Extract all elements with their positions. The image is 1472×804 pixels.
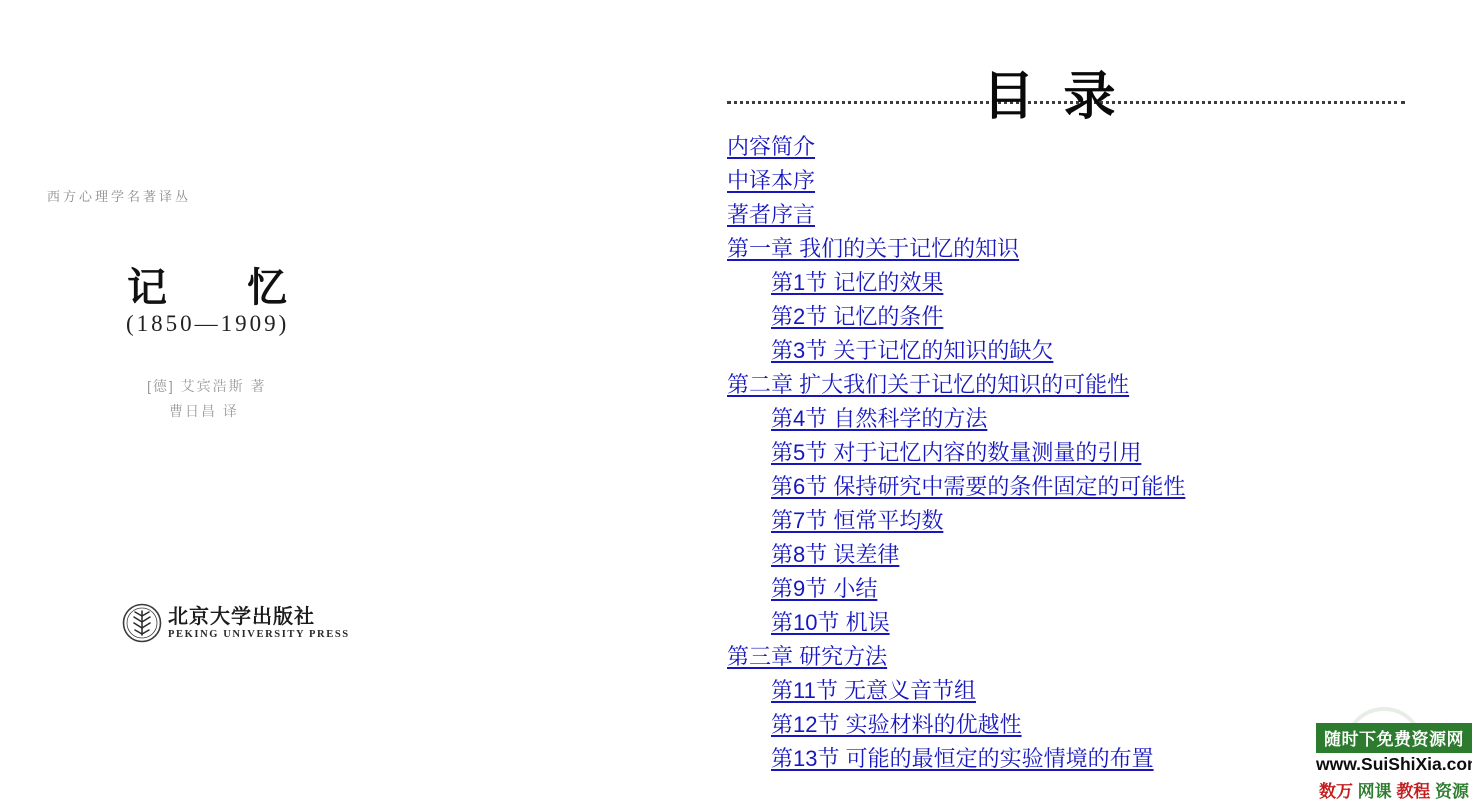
toc-entry: 第8节 误差律 bbox=[727, 536, 1185, 570]
watermark-tagline-word: 教程 bbox=[1396, 777, 1430, 802]
translator-line: 曹日昌 译 bbox=[169, 401, 239, 421]
toc-link[interactable]: 第一章 我们的关于记忆的知识 bbox=[727, 232, 1019, 263]
toc-link[interactable]: 第12节 实验材料的优越性 bbox=[771, 708, 1022, 739]
toc-entry: 第4节 自然科学的方法 bbox=[727, 400, 1185, 434]
publisher-name-en: PEKING UNIVERSITY PRESS bbox=[168, 629, 350, 640]
toc-entry: 第一章 我们的关于记忆的知识 bbox=[727, 230, 1185, 264]
toc-link[interactable]: 第3节 关于记忆的知识的缺欠 bbox=[771, 334, 1053, 365]
watermark-tagline: 数万网课教程资源 bbox=[1316, 776, 1472, 804]
toc-link[interactable]: 第三章 研究方法 bbox=[727, 640, 887, 671]
toc-link[interactable]: 第5节 对于记忆内容的数量测量的引用 bbox=[771, 436, 1141, 467]
toc-entry: 第1节 记忆的效果 bbox=[727, 264, 1185, 298]
publisher-block: 北京大学出版社 PEKING UNIVERSITY PRESS bbox=[122, 603, 350, 643]
watermark-banner: 随时下免费资源网 bbox=[1316, 723, 1472, 753]
toc-link[interactable]: 第二章 扩大我们关于记忆的知识的可能性 bbox=[727, 368, 1129, 399]
watermark-tagline-word: 数万 bbox=[1319, 777, 1353, 802]
toc-entry: 第5节 对于记忆内容的数量测量的引用 bbox=[727, 434, 1185, 468]
toc-list: 内容简介 中译本序 著者序言 第一章 我们的关于记忆的知识 第1节 记忆的效果 … bbox=[727, 128, 1185, 774]
toc-link[interactable]: 第4节 自然科学的方法 bbox=[771, 402, 987, 433]
toc-link[interactable]: 著者序言 bbox=[727, 198, 815, 229]
toc-link[interactable]: 第8节 误差律 bbox=[771, 538, 899, 569]
toc-link[interactable]: 第11节 无意义音节组 bbox=[771, 674, 976, 705]
book-title-char-1: 记 bbox=[127, 256, 167, 313]
toc-entry: 第13节 可能的最恒定的实验情境的布置 bbox=[727, 740, 1185, 774]
toc-link[interactable]: 内容简介 bbox=[727, 130, 815, 161]
toc-link[interactable]: 第13节 可能的最恒定的实验情境的布置 bbox=[771, 742, 1154, 773]
toc-entry: 中译本序 bbox=[727, 162, 1185, 196]
book-years: (1850—1909) bbox=[126, 311, 289, 337]
watermark-tagline-word: 资源 bbox=[1435, 777, 1469, 802]
book-title-char-2: 忆 bbox=[247, 256, 287, 313]
toc-entry: 第11节 无意义音节组 bbox=[727, 672, 1185, 706]
watermark-tagline-word: 网课 bbox=[1358, 777, 1392, 802]
toc-entry: 第6节 保持研究中需要的条件固定的可能性 bbox=[727, 468, 1185, 502]
toc-entry: 第二章 扩大我们关于记忆的知识的可能性 bbox=[727, 366, 1185, 400]
toc-entry: 第三章 研究方法 bbox=[727, 638, 1185, 672]
toc-entry: 第12节 实验材料的优越性 bbox=[727, 706, 1185, 740]
toc-link[interactable]: 第9节 小结 bbox=[771, 572, 877, 603]
toc-entry: 第9节 小结 bbox=[727, 570, 1185, 604]
toc-entry: 著者序言 bbox=[727, 196, 1185, 230]
toc-title: 目 录 bbox=[710, 54, 1388, 129]
toc-link[interactable]: 第10节 机误 bbox=[771, 606, 890, 637]
author-line: [德] 艾宾浩斯 著 bbox=[147, 376, 267, 396]
toc-link[interactable]: 第7节 恒常平均数 bbox=[771, 504, 943, 535]
watermark-url: www.SuiShiXia.com bbox=[1316, 753, 1472, 776]
toc-entry: 内容简介 bbox=[727, 128, 1185, 162]
watermark: 随时下免费资源网 www.SuiShiXia.com 数万网课教程资源 bbox=[1316, 723, 1472, 804]
publisher-name-cn: 北京大学出版社 bbox=[168, 606, 350, 627]
toc-link[interactable]: 中译本序 bbox=[727, 164, 815, 195]
toc-entry: 第3节 关于记忆的知识的缺欠 bbox=[727, 332, 1185, 366]
toc-entry: 第7节 恒常平均数 bbox=[727, 502, 1185, 536]
toc-entry: 第2节 记忆的条件 bbox=[727, 298, 1185, 332]
peking-university-seal-icon bbox=[122, 603, 162, 643]
toc-link[interactable]: 第6节 保持研究中需要的条件固定的可能性 bbox=[771, 470, 1185, 501]
book-title: 记 忆 bbox=[127, 256, 287, 313]
toc-entry: 第10节 机误 bbox=[727, 604, 1185, 638]
series-label: 西方心理学名著译丛 bbox=[47, 186, 191, 205]
toc-link[interactable]: 第2节 记忆的条件 bbox=[771, 300, 943, 331]
toc-link[interactable]: 第1节 记忆的效果 bbox=[771, 266, 943, 297]
